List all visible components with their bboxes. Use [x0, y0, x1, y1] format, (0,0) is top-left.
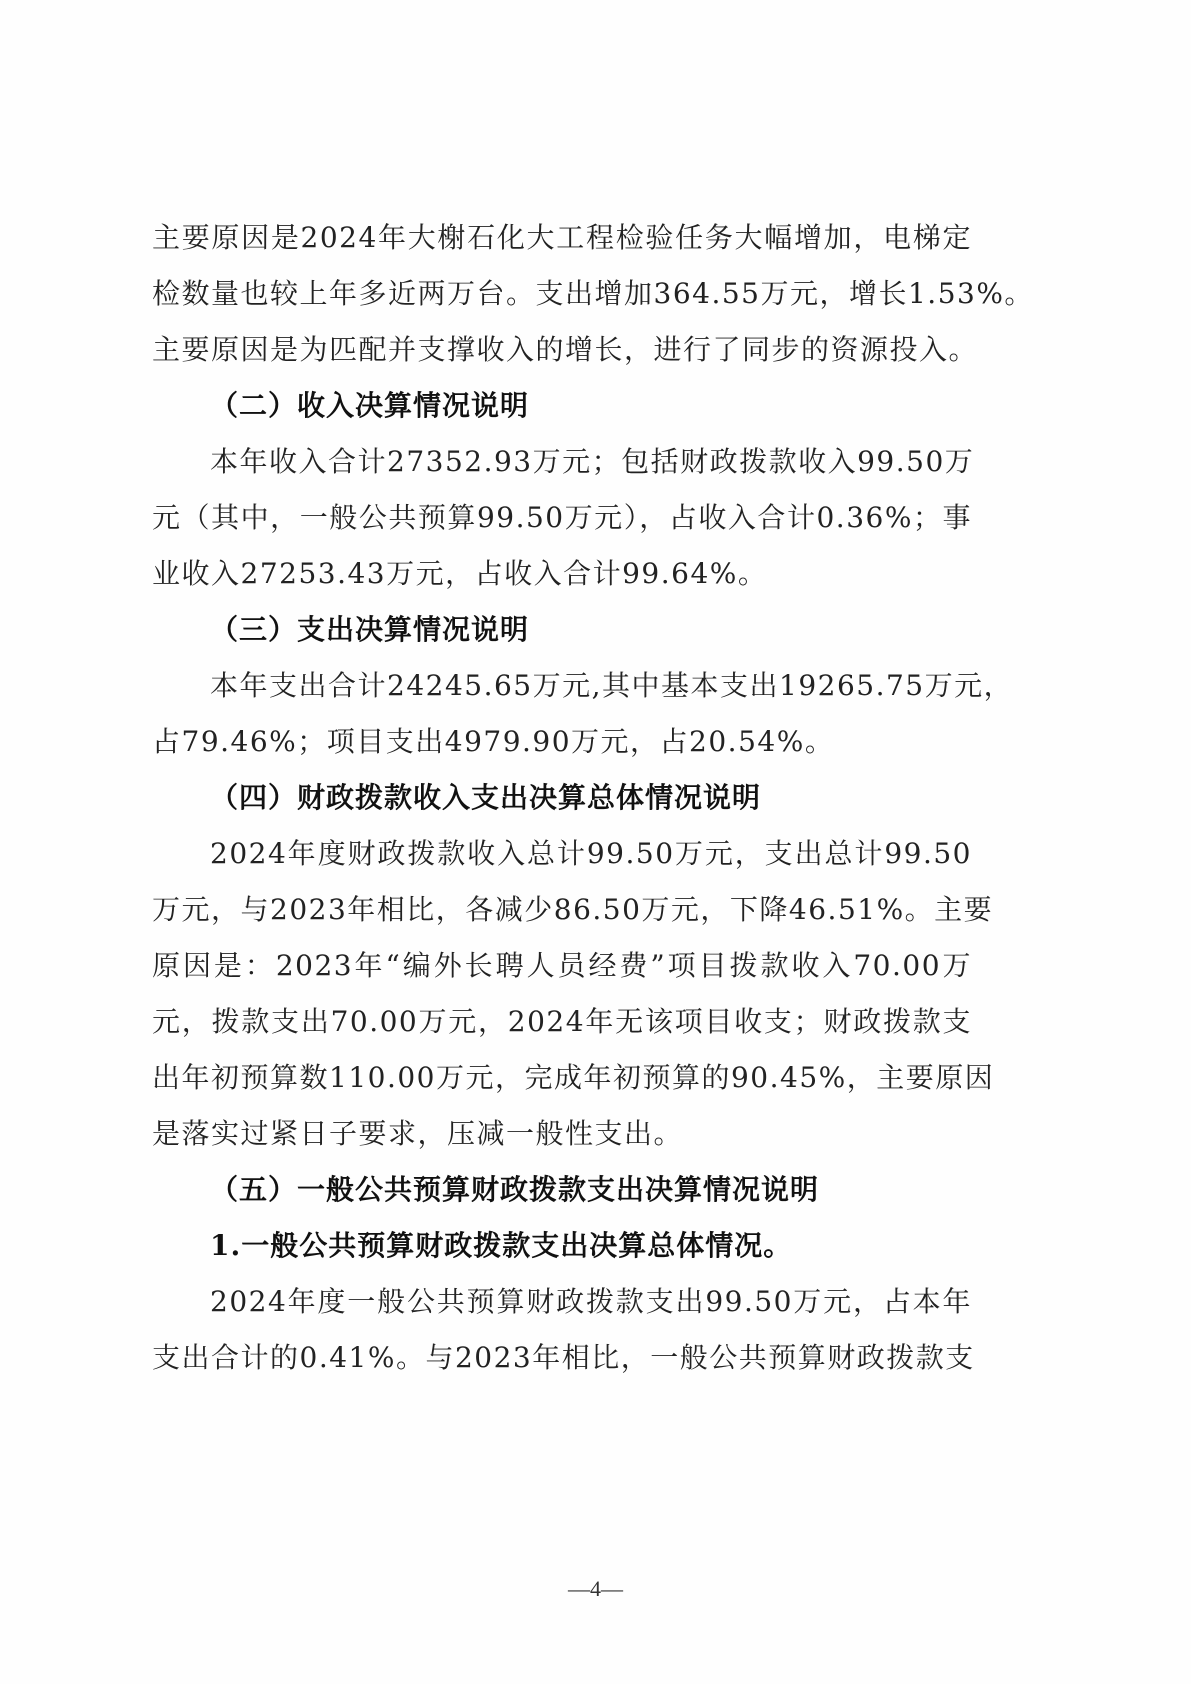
text-line: 占79.46%；项目支出4979.90万元，占20.54%。: [152, 714, 972, 770]
text-line: 支出合计的0.41%。与2023年相比，一般公共预算财政拨款支: [152, 1330, 972, 1386]
text-line: 2024年度财政拨款收入总计99.50万元，支出总计99.50: [152, 826, 972, 882]
text-line: 主要原因是为匹配并支撑收入的增长，进行了同步的资源投入。: [152, 322, 972, 378]
text-line: 是落实过紧日子要求，压减一般性支出。: [152, 1106, 972, 1162]
section-heading-income: （二）收入决算情况说明: [152, 378, 972, 434]
section-heading-expenditure: （三）支出决算情况说明: [152, 602, 972, 658]
text-line: 业收入27253.43万元，占收入合计99.64%。: [152, 546, 972, 602]
document-body: 主要原因是2024年大榭石化大工程检验任务大幅增加，电梯定 检数量也较上年多近两…: [152, 210, 972, 1386]
text-line: 本年支出合计24245.65万元,其中基本支出19265.75万元，: [152, 658, 972, 714]
text-line: 元，拨款支出70.00万元，2024年无该项目收支；财政拨款支: [152, 994, 972, 1050]
text-line: 本年收入合计27352.93万元；包括财政拨款收入99.50万: [152, 434, 972, 490]
text-line: 原因是：2023年“编外长聘人员经费”项目拨款收入70.00万: [152, 938, 972, 994]
document-page: 主要原因是2024年大榭石化大工程检验任务大幅增加，电梯定 检数量也较上年多近两…: [0, 0, 1191, 1684]
text-line: 元（其中，一般公共预算99.50万元），占收入合计0.36%；事: [152, 490, 972, 546]
text-line: 2024年度一般公共预算财政拨款支出99.50万元，占本年: [152, 1274, 972, 1330]
section-heading-general-budget: （五）一般公共预算财政拨款支出决算情况说明: [152, 1162, 972, 1218]
text-line: 主要原因是2024年大榭石化大工程检验任务大幅增加，电梯定: [152, 210, 972, 266]
subsection-heading-overall: 1.一般公共预算财政拨款支出决算总体情况。: [152, 1218, 972, 1274]
text-line: 出年初预算数110.00万元，完成年初预算的90.45%，主要原因: [152, 1050, 972, 1106]
page-number: —4—: [0, 1576, 1191, 1602]
section-heading-fiscal-allocation: （四）财政拨款收入支出决算总体情况说明: [152, 770, 972, 826]
text-line: 万元，与2023年相比，各减少86.50万元，下降46.51%。主要: [152, 882, 972, 938]
text-line: 检数量也较上年多近两万台。支出增加364.55万元，增长1.53%。: [152, 266, 972, 322]
